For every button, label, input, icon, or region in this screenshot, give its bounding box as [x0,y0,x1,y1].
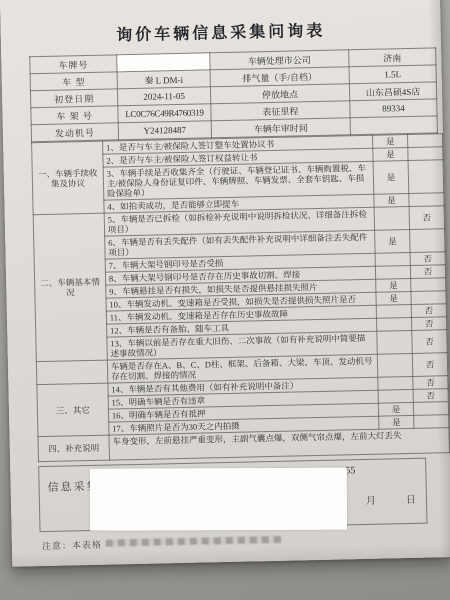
field-value-inspection-time [350,116,437,135]
answer-no-cell [408,134,443,148]
answer-no-cell: 否 [410,265,445,279]
field-value-engine-no: Y24128487 [118,121,211,140]
questionnaire-table: 一、车辆手续收集及协议 1、是否与车主/被保险人签订整车处置协议书 是 2、是否… [31,133,450,462]
field-value-model: 秦 L DM-i [117,70,210,89]
answer-no-cell [411,278,446,292]
answer-yes-cell: 是 [375,229,410,253]
document-paper: 询价车辆信息采集问询表 车牌号 车辆处理市公司 济南 车 型 秦 L DM-i … [0,0,450,567]
answer-no-cell [410,229,445,253]
answer-yes-cell [374,206,409,230]
answer-yes-cell [377,317,412,331]
section-label-supplement: 四、补充说明 [38,435,109,462]
section-label-basic-condition: 二、车辆基本情况 [33,213,107,362]
answer-yes-cell: 是 [373,148,408,162]
answer-no-cell: 否 [413,376,448,390]
footer-note: 注意：本表格 [42,530,450,552]
answer-yes-cell [376,304,411,318]
section-label-others: 三、其它 [37,383,109,437]
answer-no-cell [411,291,446,305]
photo-background: 询价车辆信息采集问询表 车牌号 车辆处理市公司 济南 车 型 秦 L DM-i … [0,0,450,600]
section-label-procedures: 一、车辆手续收集及协议 [32,141,104,215]
field-value-first-registration: 2024-11-05 [117,87,210,106]
answer-yes-cell [375,252,410,266]
form-title: 询价车辆信息采集问询表 [1,15,441,48]
redaction-box [90,468,347,531]
field-value-parking-location: 山东昌硕4S店 [349,82,436,101]
field-label-plate: 车牌号 [30,55,117,74]
field-value-mileage: 89334 [350,99,437,118]
field-value-displacement: 1.5L [349,65,436,84]
answer-yes-cell [377,330,412,354]
answer-no-cell [409,193,444,207]
vehicle-info-table: 车牌号 车辆处理市公司 济南 车 型 秦 L DM-i 排气量（手/自档） 1.… [29,47,438,142]
answer-no-cell [414,415,449,429]
answer-yes-cell: 是 [378,402,413,416]
field-label-vin: 车 架 号 [31,106,118,125]
answer-no-cell [408,160,444,194]
answer-no-cell: 否 [411,304,446,318]
answer-yes-cell [378,376,413,390]
answer-no-cell [413,402,448,416]
illegible-text-blur [106,536,282,547]
answer-yes-cell [375,265,410,279]
answer-yes-cell: 是 [379,415,414,429]
answer-yes-cell: 是 [376,278,411,292]
answer-no-cell [408,147,443,161]
field-label-model: 车 型 [30,72,117,91]
answer-yes-cell [378,389,413,403]
date-month-label: 月 [366,492,376,507]
field-label-first-registration: 初登日期 [30,89,117,108]
answer-no-cell: 否 [410,252,445,266]
collector-section: 信息采集人 55 月 日 [38,458,427,532]
answer-no-cell: 否 [412,330,447,354]
field-label-engine-no: 发动机号 [31,123,118,142]
field-value-handling-company: 济南 [349,48,436,67]
answer-no-cell: 否 [412,317,447,331]
answer-yes-cell: 是 [373,135,408,149]
answer-no-cell: 否 [409,206,444,230]
answer-no-cell: 否 [412,353,447,377]
answer-yes-cell [377,353,412,377]
answer-yes-cell: 是 [373,161,409,195]
field-value-vin: LC0C76C49R4760319 [118,104,211,123]
date-day-label: 日 [406,491,416,506]
field-value-plate [117,53,210,72]
answer-yes-cell: 是 [376,291,411,305]
footer-note-prefix: 注意：本表格 [42,540,102,551]
answer-yes-cell: 是 [374,193,409,207]
redaction-box [117,53,210,72]
section-label-empty [36,360,107,385]
answer-no-cell: 否 [413,389,448,403]
